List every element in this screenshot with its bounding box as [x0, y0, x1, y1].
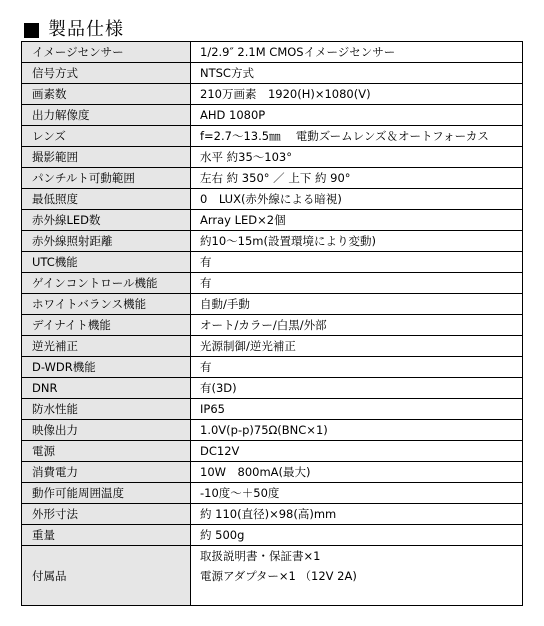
spec-value: DC12V — [191, 441, 523, 462]
section-title: 製品仕様 — [48, 19, 124, 41]
spec-value: -10度～＋50度 — [191, 483, 523, 504]
spec-label: イメージセンサー — [22, 42, 191, 63]
spec-row-accessories: 付属品 取扱説明書・保証書×1 電源アダプター×1 （12V 2A) — [22, 546, 523, 606]
spec-value: 水平 約35～103° — [191, 147, 523, 168]
spec-label: D-WDR機能 — [22, 357, 191, 378]
spec-label: 重量 — [22, 525, 191, 546]
spec-row: デイナイト機能オート/カラー/白黒/外部 — [22, 315, 523, 336]
spec-label: 電源 — [22, 441, 191, 462]
spec-label: 赤外線照射距離 — [22, 231, 191, 252]
spec-label: ホワイトバランス機能 — [22, 294, 191, 315]
spec-value: 光源制御/逆光補正 — [191, 336, 523, 357]
spec-value: 0 LUX(赤外線による暗視) — [191, 189, 523, 210]
spec-row: 赤外線LED数Array LED×2個 — [22, 210, 523, 231]
spec-value: 約10～15m(設置環境により変動) — [191, 231, 523, 252]
spec-row: 画素数210万画素 1920(H)×1080(V) — [22, 84, 523, 105]
spec-value: 有 — [191, 252, 523, 273]
spec-row: パンチルト可動範囲左右 約 350° ／ 上下 約 90° — [22, 168, 523, 189]
spec-row: 防水性能IP65 — [22, 399, 523, 420]
spec-value: NTSC方式 — [191, 63, 523, 84]
spec-label: 最低照度 — [22, 189, 191, 210]
spec-row: レンズf=2.7～13.5㎜ 電動ズームレンズ＆オートフォーカス — [22, 126, 523, 147]
spec-row: 赤外線照射距離約10～15m(設置環境により変動) — [22, 231, 523, 252]
spec-label: DNR — [22, 378, 191, 399]
spec-label: 付属品 — [22, 546, 191, 606]
spec-row: 動作可能周囲温度-10度～＋50度 — [22, 483, 523, 504]
spec-row: 外形寸法約 110(直径)×98(高)mm — [22, 504, 523, 525]
spec-value: Array LED×2個 — [191, 210, 523, 231]
square-bullet-icon — [24, 23, 39, 38]
spec-row: DNR有(3D) — [22, 378, 523, 399]
spec-row: 映像出力1.0V(p-p)75Ω(BNC×1) — [22, 420, 523, 441]
spec-label: パンチルト可動範囲 — [22, 168, 191, 189]
spec-value: 約 500g — [191, 525, 523, 546]
accessory-item: 電源アダプター×1 （12V 2A) — [200, 566, 522, 586]
section-heading: 製品仕様 — [24, 18, 124, 42]
spec-value: 有 — [191, 273, 523, 294]
spec-value: 約 110(直径)×98(高)mm — [191, 504, 523, 525]
spec-value-accessories: 取扱説明書・保証書×1 電源アダプター×1 （12V 2A) — [191, 546, 523, 606]
spec-row: 消費電力10W 800mA(最大) — [22, 462, 523, 483]
spec-label: デイナイト機能 — [22, 315, 191, 336]
spec-value: 左右 約 350° ／ 上下 約 90° — [191, 168, 523, 189]
spec-label: 赤外線LED数 — [22, 210, 191, 231]
spec-label: 逆光補正 — [22, 336, 191, 357]
spec-row: 撮影範囲水平 約35～103° — [22, 147, 523, 168]
spec-row: 電源DC12V — [22, 441, 523, 462]
spec-row: ゲインコントロール機能有 — [22, 273, 523, 294]
spec-value: f=2.7～13.5㎜ 電動ズームレンズ＆オートフォーカス — [191, 126, 523, 147]
spec-value: IP65 — [191, 399, 523, 420]
spec-value: 210万画素 1920(H)×1080(V) — [191, 84, 523, 105]
spec-label: 消費電力 — [22, 462, 191, 483]
spec-row: 逆光補正光源制御/逆光補正 — [22, 336, 523, 357]
spec-value: 1/2.9″ 2.1M CMOSイメージセンサー — [191, 42, 523, 63]
spec-value: 自動/手動 — [191, 294, 523, 315]
spec-table: イメージセンサー1/2.9″ 2.1M CMOSイメージセンサー 信号方式NTS… — [21, 41, 523, 606]
spec-label: UTC機能 — [22, 252, 191, 273]
spec-label: 映像出力 — [22, 420, 191, 441]
accessory-item: 取扱説明書・保証書×1 — [200, 546, 522, 566]
spec-label: 動作可能周囲温度 — [22, 483, 191, 504]
spec-row: D-WDR機能有 — [22, 357, 523, 378]
spec-row: 重量約 500g — [22, 525, 523, 546]
spec-value: 10W 800mA(最大) — [191, 462, 523, 483]
spec-label: 画素数 — [22, 84, 191, 105]
spec-value: オート/カラー/白黒/外部 — [191, 315, 523, 336]
spec-label: 外形寸法 — [22, 504, 191, 525]
spec-row: イメージセンサー1/2.9″ 2.1M CMOSイメージセンサー — [22, 42, 523, 63]
spec-row: UTC機能有 — [22, 252, 523, 273]
spec-row: 信号方式NTSC方式 — [22, 63, 523, 84]
spec-value: AHD 1080P — [191, 105, 523, 126]
spec-row: 出力解像度AHD 1080P — [22, 105, 523, 126]
spec-label: 防水性能 — [22, 399, 191, 420]
spec-label: 信号方式 — [22, 63, 191, 84]
spec-value: 有 — [191, 357, 523, 378]
spec-label: ゲインコントロール機能 — [22, 273, 191, 294]
spec-value: 1.0V(p-p)75Ω(BNC×1) — [191, 420, 523, 441]
spec-row: 最低照度0 LUX(赤外線による暗視) — [22, 189, 523, 210]
spec-label: レンズ — [22, 126, 191, 147]
spec-row: ホワイトバランス機能自動/手動 — [22, 294, 523, 315]
spec-label: 撮影範囲 — [22, 147, 191, 168]
spec-value: 有(3D) — [191, 378, 523, 399]
spec-label: 出力解像度 — [22, 105, 191, 126]
